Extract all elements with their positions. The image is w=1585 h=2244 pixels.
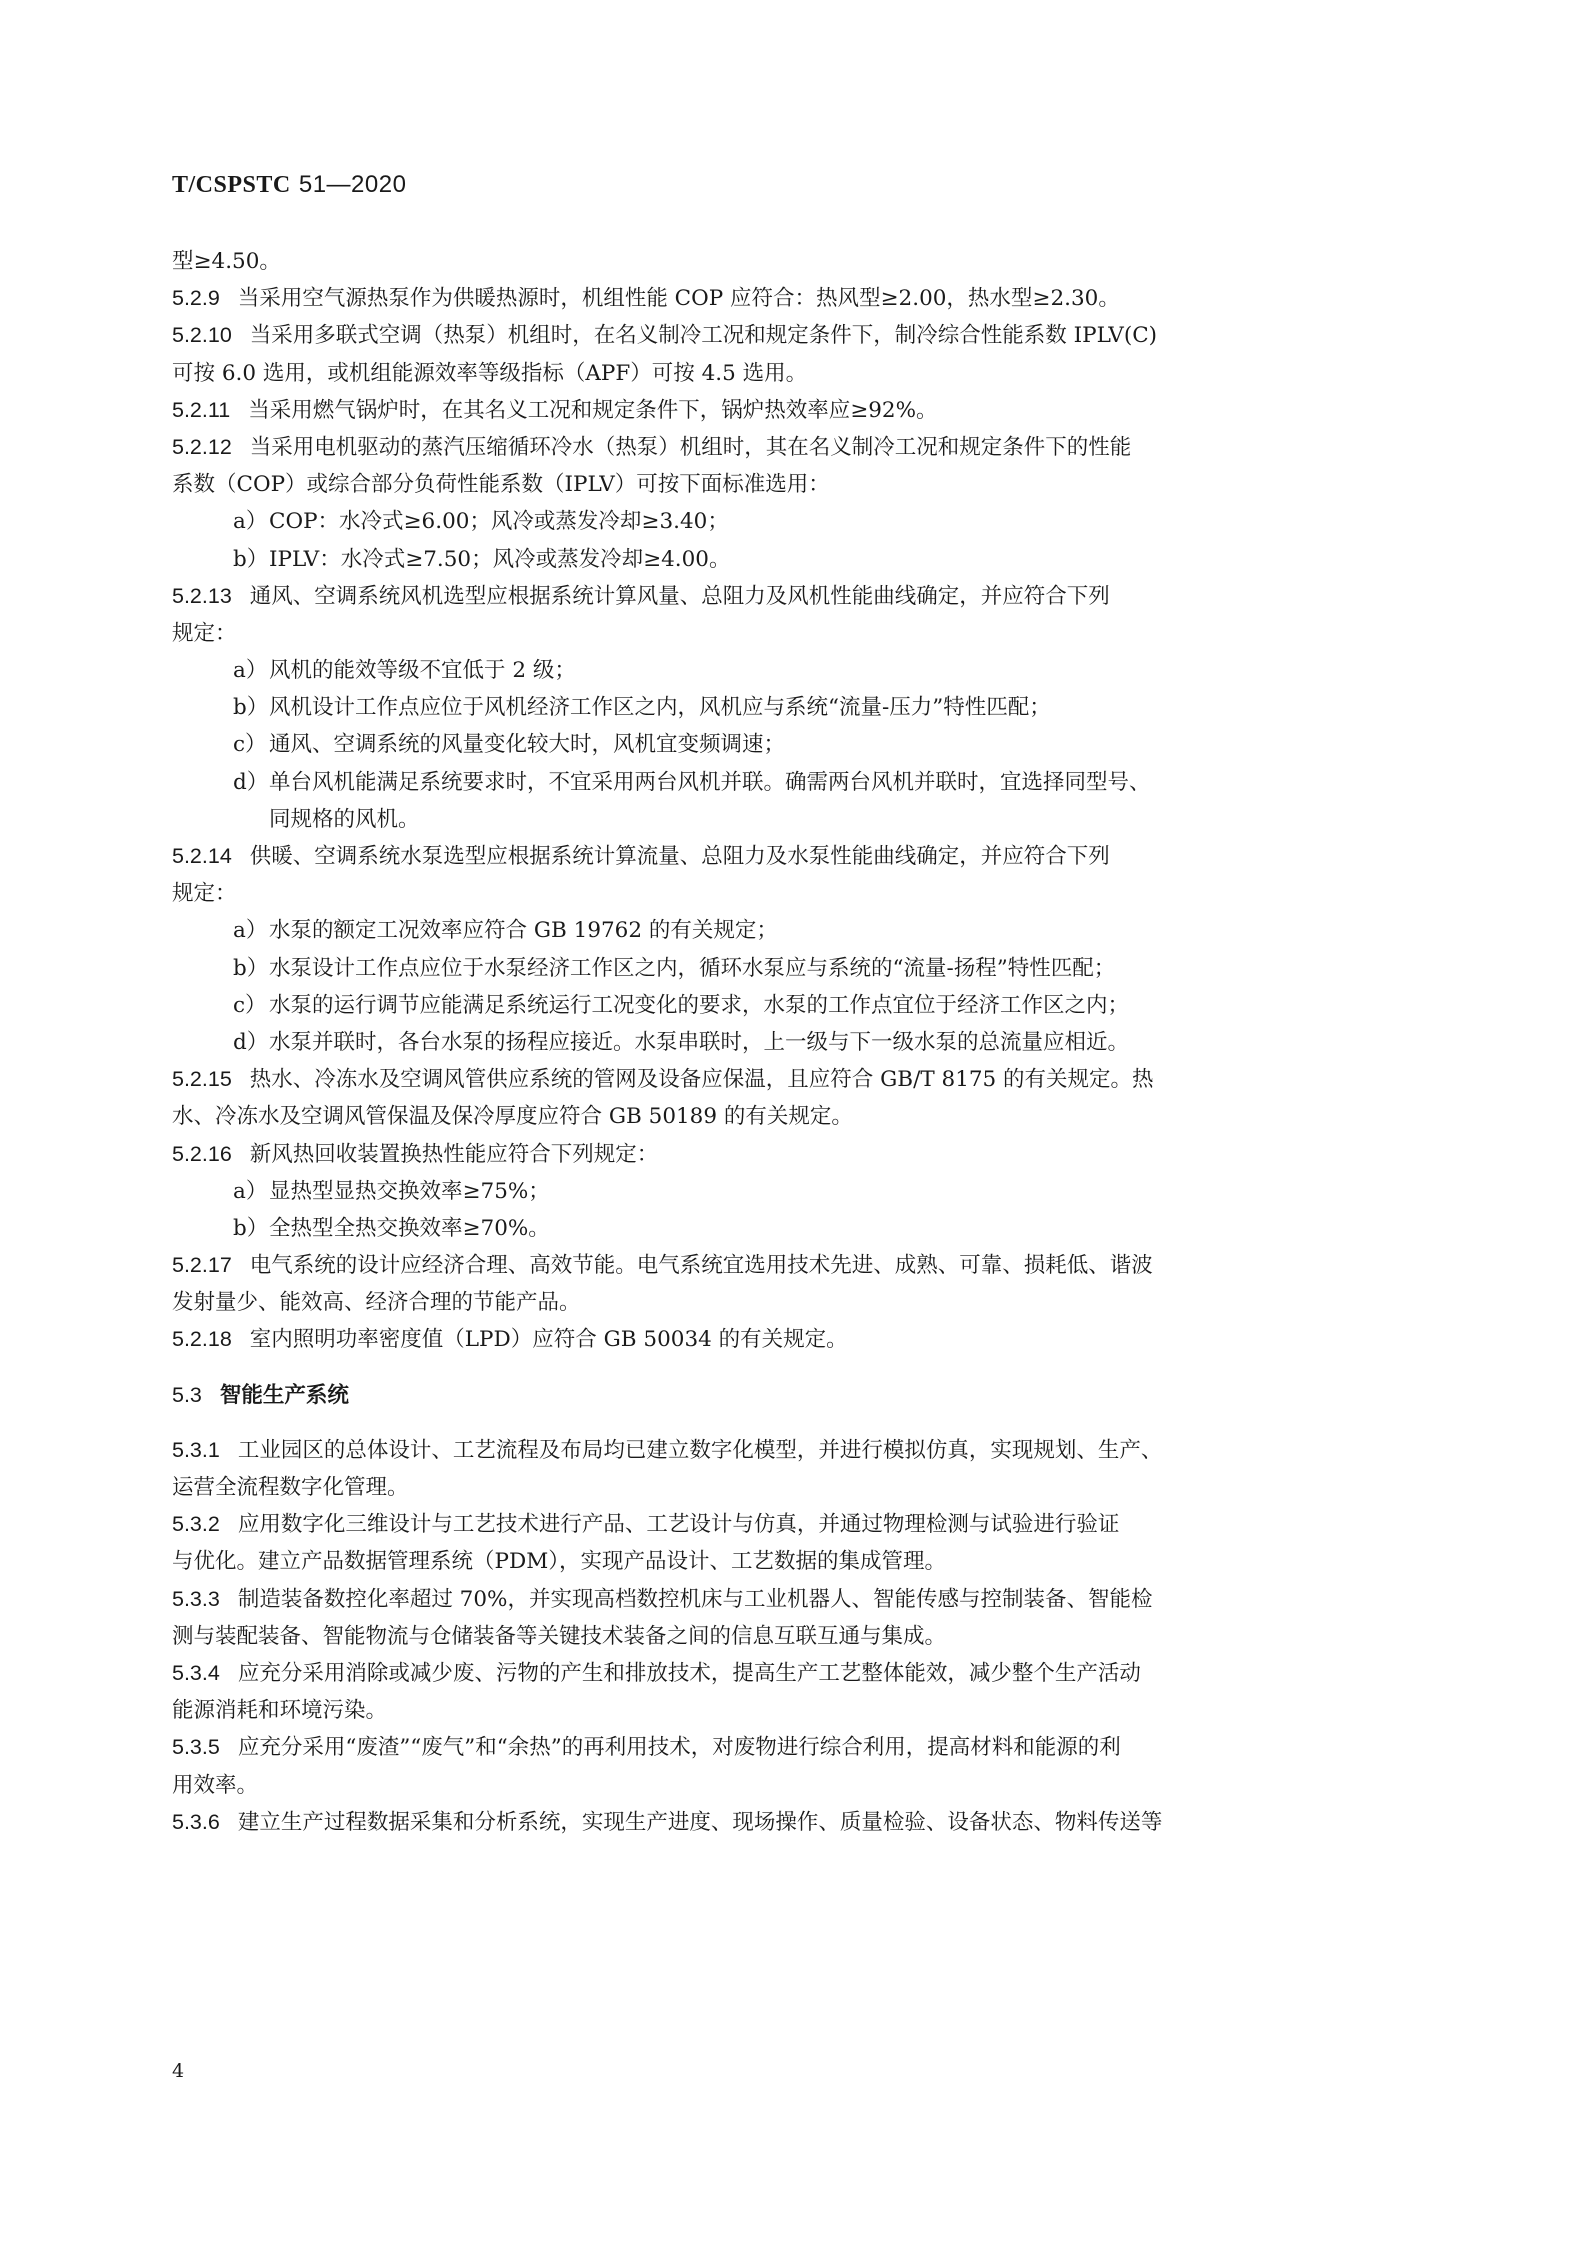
line-text: 单台风机能满足系统要求时，不宜采用两台风机并联。确需两台风机并联时，宜选择同型号… (269, 770, 1151, 795)
clause-line: 5.2.16新风热回收装置换热性能应符合下列规定： (172, 1136, 1412, 1173)
line-text: 全热型全热交换效率≥70%。 (269, 1216, 550, 1241)
list-marker: b） (233, 950, 269, 987)
continuation-line: 用效率。 (172, 1767, 1412, 1804)
list-item-continuation: 同规格的风机。 (172, 801, 1412, 838)
clause-line: 5.3.2应用数字化三维设计与工艺技术进行产品、工艺设计与仿真，并通过物理检测与… (172, 1506, 1412, 1543)
list-marker: a） (233, 912, 269, 949)
clause-number: 5.2.13 (172, 578, 232, 615)
list-marker: b） (233, 541, 269, 578)
document-body: 型≥4.50。5.2.9当采用空气源热泵作为供暖热源时，机组性能 COP 应符合… (172, 243, 1412, 1841)
standard-header: T/CSPSTC 51—2020 (172, 170, 406, 199)
clause-line: 5.3.6建立生产过程数据采集和分析系统，实现生产进度、现场操作、质量检验、设备… (172, 1804, 1412, 1841)
section-title: 智能生产系统 (220, 1383, 349, 1408)
line-text: 当采用燃气锅炉时，在其名义工况和规定条件下，锅炉热效率应≥92%。 (248, 398, 937, 423)
clause-line: 5.2.10当采用多联式空调（热泵）机组时，在名义制冷工况和规定条件下，制冷综合… (172, 317, 1412, 354)
clause-line: 5.2.18室内照明功率密度值（LPD）应符合 GB 50034 的有关规定。 (172, 1321, 1412, 1358)
standard-number: 51—2020 (299, 171, 407, 198)
list-marker: a） (233, 503, 269, 540)
clauses-5-2: 型≥4.50。5.2.9当采用空气源热泵作为供暖热源时，机组性能 COP 应符合… (172, 243, 1412, 1359)
line-text: 可按 6.0 选用，或机组能源效率等级指标（APF）可按 4.5 选用。 (172, 361, 807, 386)
document-page: T/CSPSTC 51—2020 型≥4.50。5.2.9当采用空气源热泵作为供… (0, 0, 1585, 2244)
line-text: 应用数字化三维设计与工艺技术进行产品、工艺设计与仿真，并通过物理检测与试验进行验… (238, 1512, 1120, 1537)
line-text: 热水、冷冻水及空调风管供应系统的管网及设备应保温，且应符合 GB/T 8175 … (250, 1067, 1154, 1092)
clause-number: 5.2.17 (172, 1247, 232, 1284)
line-text: 用效率。 (172, 1773, 258, 1798)
line-text: 规定： (172, 881, 237, 906)
clause-number: 5.2.9 (172, 280, 220, 317)
line-text: 应充分采用“废渣”“废气”和“余热”的再利用技术，对废物进行综合利用，提高材料和… (238, 1735, 1121, 1760)
clause-line: 5.2.13通风、空调系统风机选型应根据系统计算风量、总阻力及风机性能曲线确定，… (172, 578, 1412, 615)
line-text: 型≥4.50。 (172, 249, 281, 274)
continuation-line: 可按 6.0 选用，或机组能源效率等级指标（APF）可按 4.5 选用。 (172, 355, 1412, 392)
line-text: 室内照明功率密度值（LPD）应符合 GB 50034 的有关规定。 (250, 1327, 848, 1352)
clause-line: 5.2.9当采用空气源热泵作为供暖热源时，机组性能 COP 应符合：热风型≥2.… (172, 280, 1412, 317)
continuation-line: 系数（COP）或综合部分负荷性能系数（IPLV）可按下面标准选用： (172, 466, 1412, 503)
list-item: d）单台风机能满足系统要求时，不宜采用两台风机并联。确需两台风机并联时，宜选择同… (172, 764, 1412, 801)
line-text: COP：水冷式≥6.00；风冷或蒸发冷却≥3.40； (269, 509, 729, 534)
continuation-line: 水、冷冻水及空调风管保温及保冷厚度应符合 GB 50189 的有关规定。 (172, 1098, 1412, 1135)
list-marker: c） (233, 987, 269, 1024)
line-text: 工业园区的总体设计、工艺流程及布局均已建立数字化模型，并进行模拟仿真，实现规划、… (238, 1438, 1163, 1463)
list-item: b）全热型全热交换效率≥70%。 (172, 1210, 1412, 1247)
line-text: 同规格的风机。 (269, 807, 420, 832)
list-marker: b） (233, 1210, 269, 1247)
line-text: 当采用多联式空调（热泵）机组时，在名义制冷工况和规定条件下，制冷综合性能系数 I… (250, 323, 1157, 348)
continuation-line: 运营全流程数字化管理。 (172, 1469, 1412, 1506)
list-marker: d） (233, 1024, 269, 1061)
line-text: 水泵设计工作点应位于水泵经济工作区之内，循环水泵应与系统的“流量-扬程”特性匹配… (269, 956, 1115, 981)
list-item: b）IPLV：水冷式≥7.50；风冷或蒸发冷却≥4.00。 (172, 541, 1412, 578)
line-text: 通风、空调系统风机选型应根据系统计算风量、总阻力及风机性能曲线确定，并应符合下列 (250, 584, 1110, 609)
list-marker: b） (233, 689, 269, 726)
clause-number: 5.2.12 (172, 429, 232, 466)
list-marker: c） (233, 726, 269, 763)
list-item: a）风机的能效等级不宜低于 2 级； (172, 652, 1412, 689)
line-text: 规定： (172, 621, 237, 646)
clause-line: 5.3.1工业园区的总体设计、工艺流程及布局均已建立数字化模型，并进行模拟仿真，… (172, 1432, 1412, 1469)
clause-line: 5.2.17电气系统的设计应经济合理、高效节能。电气系统宜选用技术先进、成熟、可… (172, 1247, 1412, 1284)
line-text: 当采用空气源热泵作为供暖热源时，机组性能 COP 应符合：热风型≥2.00，热水… (238, 286, 1120, 311)
line-text: 能源消耗和环境污染。 (172, 1698, 387, 1723)
list-item: c）通风、空调系统的风量变化较大时，风机宜变频调速； (172, 726, 1412, 763)
list-item: d）水泵并联时，各台水泵的扬程应接近。水泵串联时，上一级与下一级水泵的总流量应相… (172, 1024, 1412, 1061)
line-text: 风机设计工作点应位于风机经济工作区之内，风机应与系统“流量-压力”特性匹配； (269, 695, 1051, 720)
continuation-line: 型≥4.50。 (172, 243, 1412, 280)
line-text: 新风热回收装置换热性能应符合下列规定： (250, 1142, 659, 1167)
clause-line: 5.2.15热水、冷冻水及空调风管供应系统的管网及设备应保温，且应符合 GB/T… (172, 1061, 1412, 1098)
line-text: 测与装配装备、智能物流与仓储装备等关键技术装备之间的信息互联互通与集成。 (172, 1624, 946, 1649)
line-text: 制造装备数控化率超过 70%，并实现高档数控机床与工业机器人、智能传感与控制装备… (238, 1587, 1153, 1612)
line-text: 系数（COP）或综合部分负荷性能系数（IPLV）可按下面标准选用： (172, 472, 830, 497)
line-text: 建立生产过程数据采集和分析系统，实现生产进度、现场操作、质量检验、设备状态、物料… (238, 1810, 1163, 1835)
line-text: 供暖、空调系统水泵选型应根据系统计算流量、总阻力及水泵性能曲线确定，并应符合下列 (250, 844, 1110, 869)
line-text: IPLV：水冷式≥7.50；风冷或蒸发冷却≥4.00。 (269, 547, 731, 572)
continuation-line: 规定： (172, 615, 1412, 652)
clause-number: 5.2.18 (172, 1321, 232, 1358)
section-heading: 5.3智能生产系统 (172, 1377, 1412, 1414)
clause-number: 5.3.5 (172, 1729, 220, 1766)
list-marker: d） (233, 764, 269, 801)
clause-number: 5.2.16 (172, 1136, 232, 1173)
clause-number: 5.3.1 (172, 1432, 220, 1469)
clause-line: 5.2.11当采用燃气锅炉时，在其名义工况和规定条件下，锅炉热效率应≥92%。 (172, 392, 1412, 429)
list-item: c）水泵的运行调节应能满足系统运行工况变化的要求，水泵的工作点宜位于经济工作区之… (172, 987, 1412, 1024)
continuation-line: 测与装配装备、智能物流与仓储装备等关键技术装备之间的信息互联互通与集成。 (172, 1618, 1412, 1655)
line-text: 应充分采用消除或减少废、污物的产生和排放技术，提高生产工艺整体能效，减少整个生产… (238, 1661, 1141, 1686)
line-text: 水泵的运行调节应能满足系统运行工况变化的要求，水泵的工作点宜位于经济工作区之内； (269, 993, 1129, 1018)
line-text: 通风、空调系统的风量变化较大时，风机宜变频调速； (269, 732, 785, 757)
standard-code: T/CSPSTC (172, 172, 291, 198)
clause-number: 5.3.2 (172, 1506, 220, 1543)
clause-number: 5.3.6 (172, 1804, 220, 1841)
continuation-line: 与优化。建立产品数据管理系统（PDM），实现产品设计、工艺数据的集成管理。 (172, 1543, 1412, 1580)
line-text: 风机的能效等级不宜低于 2 级； (269, 658, 576, 683)
clause-line: 5.3.4应充分采用消除或减少废、污物的产生和排放技术，提高生产工艺整体能效，减… (172, 1655, 1412, 1692)
list-marker: a） (233, 652, 269, 689)
list-item: a）水泵的额定工况效率应符合 GB 19762 的有关规定； (172, 912, 1412, 949)
line-text: 水、冷冻水及空调风管保温及保冷厚度应符合 GB 50189 的有关规定。 (172, 1104, 853, 1129)
section-number: 5.3 (172, 1383, 202, 1407)
clause-number: 5.2.10 (172, 317, 232, 354)
clause-number: 5.2.15 (172, 1061, 232, 1098)
line-text: 与优化。建立产品数据管理系统（PDM），实现产品设计、工艺数据的集成管理。 (172, 1549, 946, 1574)
clauses-5-3: 5.3.1工业园区的总体设计、工艺流程及布局均已建立数字化模型，并进行模拟仿真，… (172, 1432, 1412, 1841)
line-text: 发射量少、能效高、经济合理的节能产品。 (172, 1290, 581, 1315)
page-number: 4 (172, 2060, 184, 2082)
line-text: 显热型显热交换效率≥75%； (269, 1179, 550, 1204)
line-text: 水泵并联时，各台水泵的扬程应接近。水泵串联时，上一级与下一级水泵的总流量应相近。 (269, 1030, 1129, 1055)
list-item: a）显热型显热交换效率≥75%； (172, 1173, 1412, 1210)
list-item: b）水泵设计工作点应位于水泵经济工作区之内，循环水泵应与系统的“流量-扬程”特性… (172, 950, 1412, 987)
list-item: a）COP：水冷式≥6.00；风冷或蒸发冷却≥3.40； (172, 503, 1412, 540)
clause-line: 5.2.14供暖、空调系统水泵选型应根据系统计算流量、总阻力及水泵性能曲线确定，… (172, 838, 1412, 875)
list-item: b）风机设计工作点应位于风机经济工作区之内，风机应与系统“流量-压力”特性匹配； (172, 689, 1412, 726)
continuation-line: 规定： (172, 875, 1412, 912)
line-text: 当采用电机驱动的蒸汽压缩循环冷水（热泵）机组时，其在名义制冷工况和规定条件下的性… (250, 435, 1132, 460)
line-text: 水泵的额定工况效率应符合 GB 19762 的有关规定； (269, 918, 778, 943)
list-marker: a） (233, 1173, 269, 1210)
clause-line: 5.3.5应充分采用“废渣”“废气”和“余热”的再利用技术，对废物进行综合利用，… (172, 1729, 1412, 1766)
line-text: 运营全流程数字化管理。 (172, 1475, 409, 1500)
continuation-line: 能源消耗和环境污染。 (172, 1692, 1412, 1729)
clause-number: 5.3.3 (172, 1581, 220, 1618)
line-text: 电气系统的设计应经济合理、高效节能。电气系统宜选用技术先进、成熟、可靠、损耗低、… (250, 1253, 1153, 1278)
clause-number: 5.2.14 (172, 838, 232, 875)
continuation-line: 发射量少、能效高、经济合理的节能产品。 (172, 1284, 1412, 1321)
clause-number: 5.2.11 (172, 392, 230, 429)
clause-line: 5.3.3制造装备数控化率超过 70%，并实现高档数控机床与工业机器人、智能传感… (172, 1581, 1412, 1618)
clause-line: 5.2.12当采用电机驱动的蒸汽压缩循环冷水（热泵）机组时，其在名义制冷工况和规… (172, 429, 1412, 466)
clause-number: 5.3.4 (172, 1655, 220, 1692)
